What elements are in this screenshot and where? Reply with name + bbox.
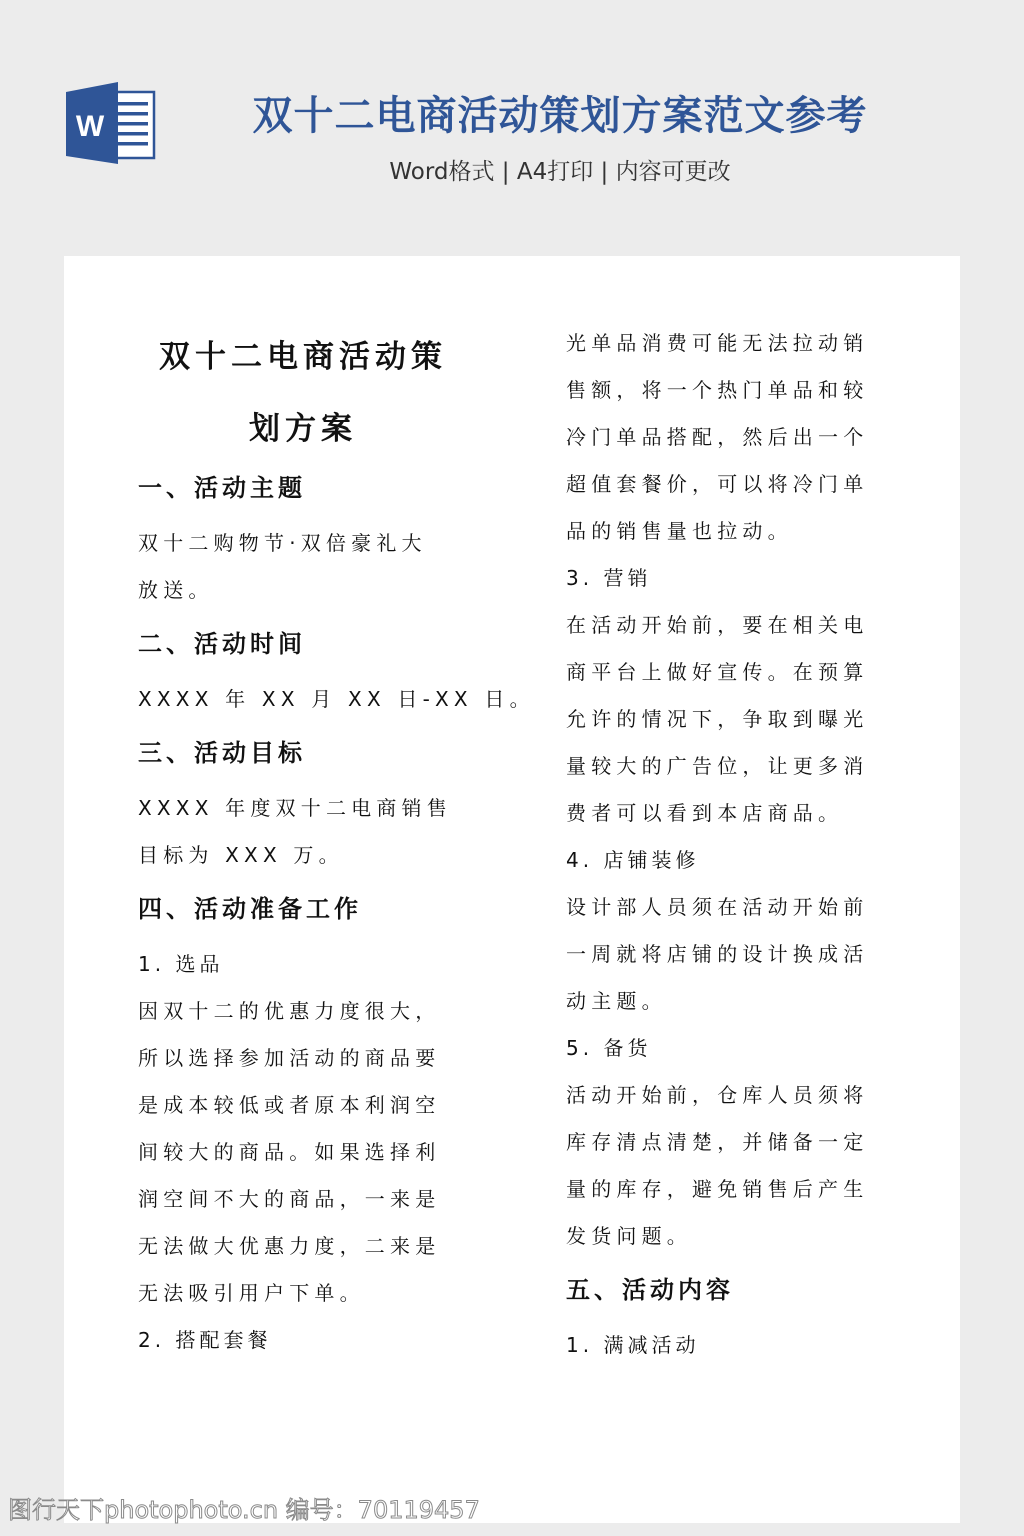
paragraph-line: 光单品消费可能无法拉动销 bbox=[566, 320, 896, 367]
subsection-heading: 1. 满减活动 bbox=[566, 1322, 896, 1369]
left-column: 双十二电商活动策 划方案 一、活动主题双十二购物节·双倍豪礼大放送。二、活动时间… bbox=[138, 256, 468, 1364]
paragraph-line: 活动开始前，仓库人员须将 bbox=[566, 1072, 896, 1119]
paragraph-line: 冷门单品搭配，然后出一个 bbox=[566, 414, 896, 461]
paragraph-line: 目标为 XXX 万。 bbox=[138, 832, 468, 879]
section-heading: 一、活动主题 bbox=[138, 470, 468, 506]
paragraph-line: 无法做大优惠力度，二来是 bbox=[138, 1223, 468, 1270]
subsection-heading: 1. 选品 bbox=[138, 941, 468, 988]
watermark: 图行天下photophoto.cn 编号：70119457 bbox=[8, 1490, 480, 1525]
section-heading: 五、活动内容 bbox=[566, 1272, 896, 1308]
paragraph-line: 动主题。 bbox=[566, 978, 896, 1025]
paragraph-line: 库存清点清楚，并储备一定 bbox=[566, 1119, 896, 1166]
subsection-heading: 5. 备货 bbox=[566, 1025, 896, 1072]
subsection-heading: 4. 店铺装修 bbox=[566, 837, 896, 884]
section-heading: 四、活动准备工作 bbox=[138, 891, 468, 927]
paragraph-line: 发货问题。 bbox=[566, 1213, 896, 1260]
document-page: 双十二电商活动策 划方案 一、活动主题双十二购物节·双倍豪礼大放送。二、活动时间… bbox=[64, 256, 960, 1523]
paragraph-line: 是成本较低或者原本利润空 bbox=[138, 1082, 468, 1129]
banner-header: W 双十二电商活动策划方案范文参考 Word格式 | A4打印 | 内容可更改 bbox=[0, 0, 1024, 256]
banner-title: 双十二电商活动策划方案范文参考 bbox=[200, 88, 920, 144]
paragraph-line: 润空间不大的商品，一来是 bbox=[138, 1176, 468, 1223]
document-title-line1: 双十二电商活动策 bbox=[138, 322, 468, 392]
paragraph-line: 双十二购物节·双倍豪礼大 bbox=[138, 520, 468, 567]
paragraph-line: 设计部人员须在活动开始前 bbox=[566, 884, 896, 931]
paragraph-line: 间较大的商品。如果选择利 bbox=[138, 1129, 468, 1176]
subsection-heading: 2. 搭配套餐 bbox=[138, 1317, 468, 1364]
word-document-icon: W bbox=[66, 82, 156, 164]
subsection-heading: 3. 营销 bbox=[566, 555, 896, 602]
paragraph-line: 品的销售量也拉动。 bbox=[566, 508, 896, 555]
paragraph-line: 量较大的广告位，让更多消 bbox=[566, 743, 896, 790]
svg-text:W: W bbox=[76, 110, 105, 143]
paragraph-line: 一周就将店铺的设计换成活 bbox=[566, 931, 896, 978]
paragraph-line: XXXX 年度双十二电商销售 bbox=[138, 785, 468, 832]
paragraph-line: 放送。 bbox=[138, 567, 468, 614]
paragraph-line: 所以选择参加活动的商品要 bbox=[138, 1035, 468, 1082]
paragraph-line: 超值套餐价，可以将冷门单 bbox=[566, 461, 896, 508]
paragraph-line: 因双十二的优惠力度很大， bbox=[138, 988, 468, 1035]
paragraph-line: 售额，将一个热门单品和较 bbox=[566, 367, 896, 414]
paragraph-line: 允许的情况下，争取到曝光 bbox=[566, 696, 896, 743]
section-heading: 三、活动目标 bbox=[138, 735, 468, 771]
paragraph-line: 无法吸引用户下单。 bbox=[138, 1270, 468, 1317]
banner-subtitle: Word格式 | A4打印 | 内容可更改 bbox=[200, 152, 920, 192]
right-column: 光单品消费可能无法拉动销售额，将一个热门单品和较冷门单品搭配，然后出一个超值套餐… bbox=[566, 256, 896, 1369]
paragraph-line: XXXX 年 XX 月 XX 日-XX 日。 bbox=[138, 676, 468, 723]
section-heading: 二、活动时间 bbox=[138, 626, 468, 662]
paragraph-line: 费者可以看到本店商品。 bbox=[566, 790, 896, 837]
paragraph-line: 量的库存，避免销售后产生 bbox=[566, 1166, 896, 1213]
paragraph-line: 商平台上做好宣传。在预算 bbox=[566, 649, 896, 696]
paragraph-line: 在活动开始前，要在相关电 bbox=[566, 602, 896, 649]
document-title-line2: 划方案 bbox=[138, 394, 468, 464]
